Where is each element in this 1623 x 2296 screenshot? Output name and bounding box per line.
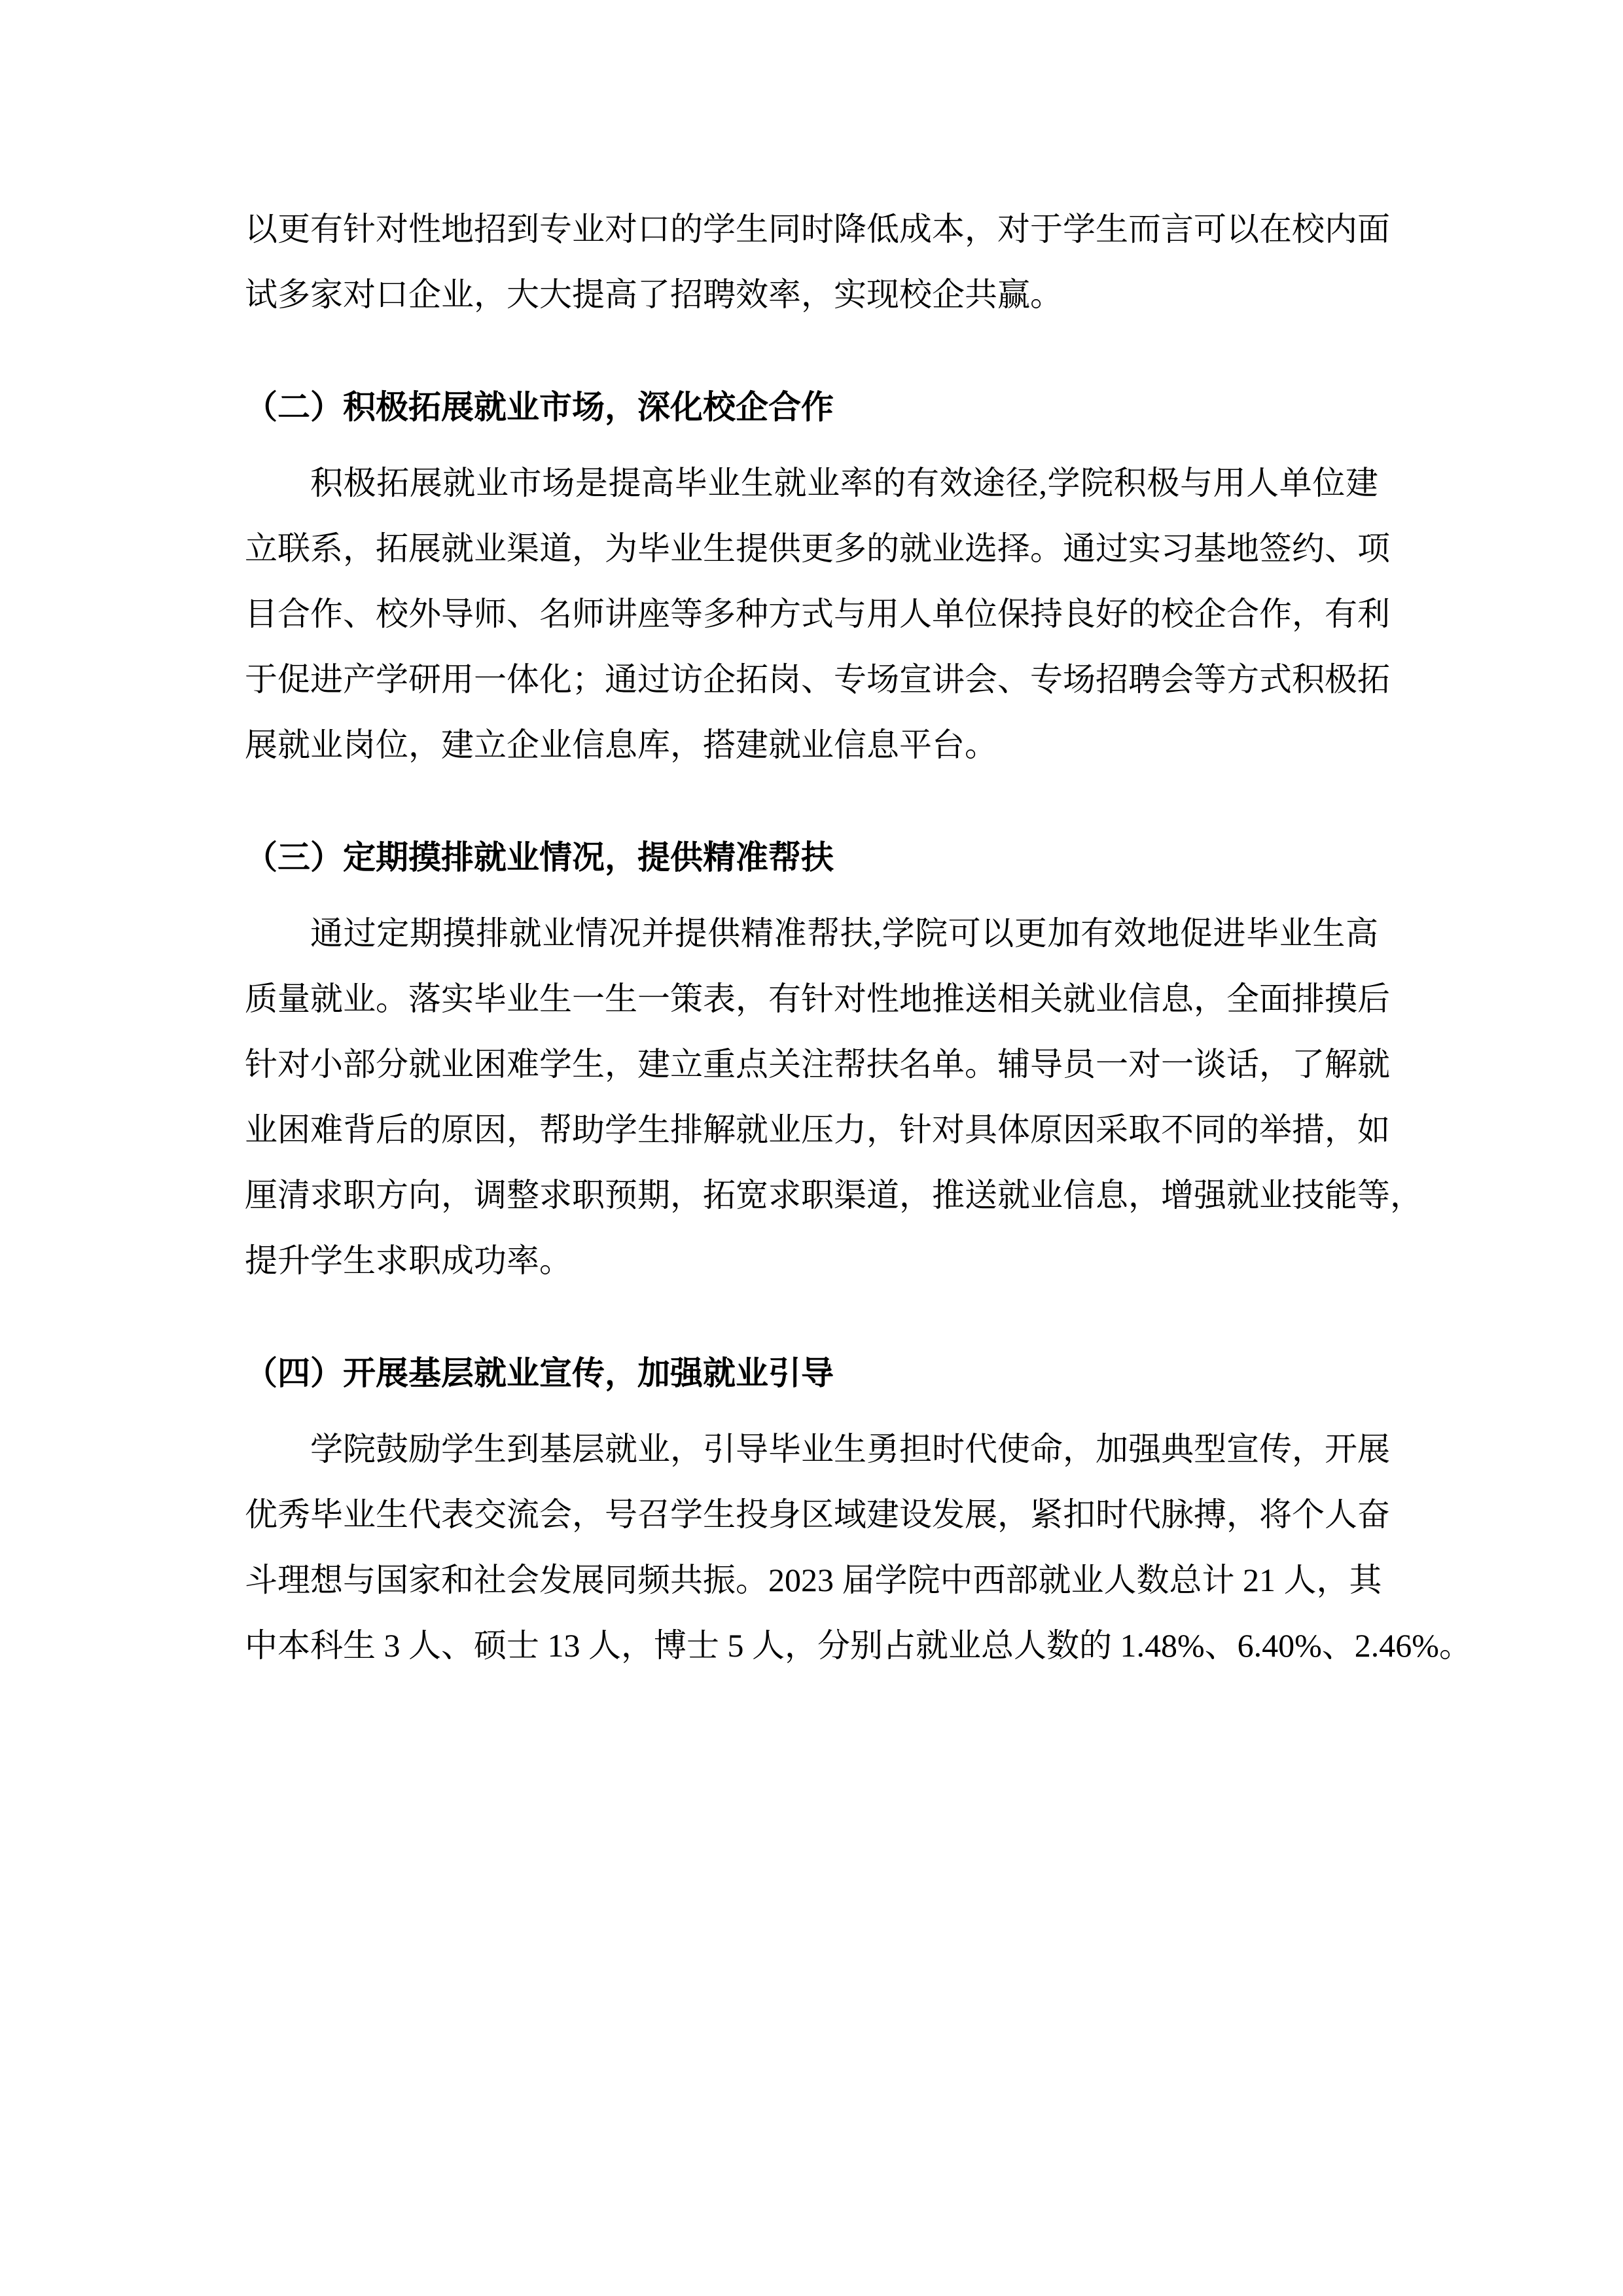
section-heading-4: （四）开展基层就业宣传，加强就业引导 <box>245 1340 1378 1406</box>
body-text-line: 试多家对口企业，大大提高了招聘效率，实现校企共赢。 <box>245 262 1378 327</box>
section-2-paragraph: 积极拓展就业市场是提高毕业生就业率的有效途径,学院积极与用人单位建 立联系，拓展… <box>245 450 1378 778</box>
document-page: 以更有针对性地招到专业对口的学生同时降低成本，对于学生而言可以在校内面 试多家对… <box>0 0 1623 2296</box>
body-text-line: 厘清求职方向，调整求职预期，拓宽求职渠道，推送就业信息，增强就业技能等， <box>245 1162 1378 1228</box>
body-text-line: 于促进产学研用一体化；通过访企拓岗、专场宣讲会、专场招聘会等方式积极拓 <box>245 647 1378 712</box>
body-text-line: 积极拓展就业市场是提高毕业生就业率的有效途径,学院积极与用人单位建 <box>245 450 1378 516</box>
body-text-line: 提升学生求职成功率。 <box>245 1228 1378 1293</box>
body-text-line: 以更有针对性地招到专业对口的学生同时降低成本，对于学生而言可以在校内面 <box>245 196 1378 262</box>
body-text-line: 业困难背后的原因，帮助学生排解就业压力，针对具体原因采取不同的举措，如 <box>245 1097 1378 1162</box>
body-text-line: 展就业岗位，建立企业信息库，搭建就业信息平台。 <box>245 712 1378 778</box>
section-heading-3: （三）定期摸排就业情况，提供精准帮扶 <box>245 825 1378 890</box>
body-text-line: 斗理想与国家和社会发展同频共振。2023 届学院中西部就业人数总计 21 人，其 <box>245 1547 1378 1613</box>
body-text-line: 针对小部分就业困难学生，建立重点关注帮扶名单。辅导员一对一谈话，了解就 <box>245 1031 1378 1097</box>
body-text-line: 通过定期摸排就业情况并提供精准帮扶,学院可以更加有效地促进毕业生高 <box>245 901 1378 966</box>
document-content: 以更有针对性地招到专业对口的学生同时降低成本，对于学生而言可以在校内面 试多家对… <box>245 0 1378 1678</box>
body-text-line: 优秀毕业生代表交流会，号召学生投身区域建设发展，紧扣时代脉搏，将个人奋 <box>245 1482 1378 1547</box>
body-text-line: 学院鼓励学生到基层就业，引导毕业生勇担时代使命，加强典型宣传，开展 <box>245 1416 1378 1482</box>
section-heading-2: （二）积极拓展就业市场，深化校企合作 <box>245 374 1378 440</box>
body-text-line: 目合作、校外导师、名师讲座等多种方式与用人单位保持良好的校企合作，有利 <box>245 581 1378 647</box>
body-text-line: 中本科生 3 人、硕士 13 人，博士 5 人，分别占就业总人数的 1.48%、… <box>245 1613 1378 1678</box>
body-text-line: 立联系，拓展就业渠道，为毕业生提供更多的就业选择。通过实习基地签约、项 <box>245 516 1378 581</box>
section-4-paragraph: 学院鼓励学生到基层就业，引导毕业生勇担时代使命，加强典型宣传，开展 优秀毕业生代… <box>245 1416 1378 1678</box>
body-text-line: 质量就业。落实毕业生一生一策表，有针对性地推送相关就业信息，全面排摸后 <box>245 966 1378 1031</box>
paragraph-continuation: 以更有针对性地招到专业对口的学生同时降低成本，对于学生而言可以在校内面 试多家对… <box>245 196 1378 327</box>
section-3-paragraph: 通过定期摸排就业情况并提供精准帮扶,学院可以更加有效地促进毕业生高 质量就业。落… <box>245 901 1378 1293</box>
